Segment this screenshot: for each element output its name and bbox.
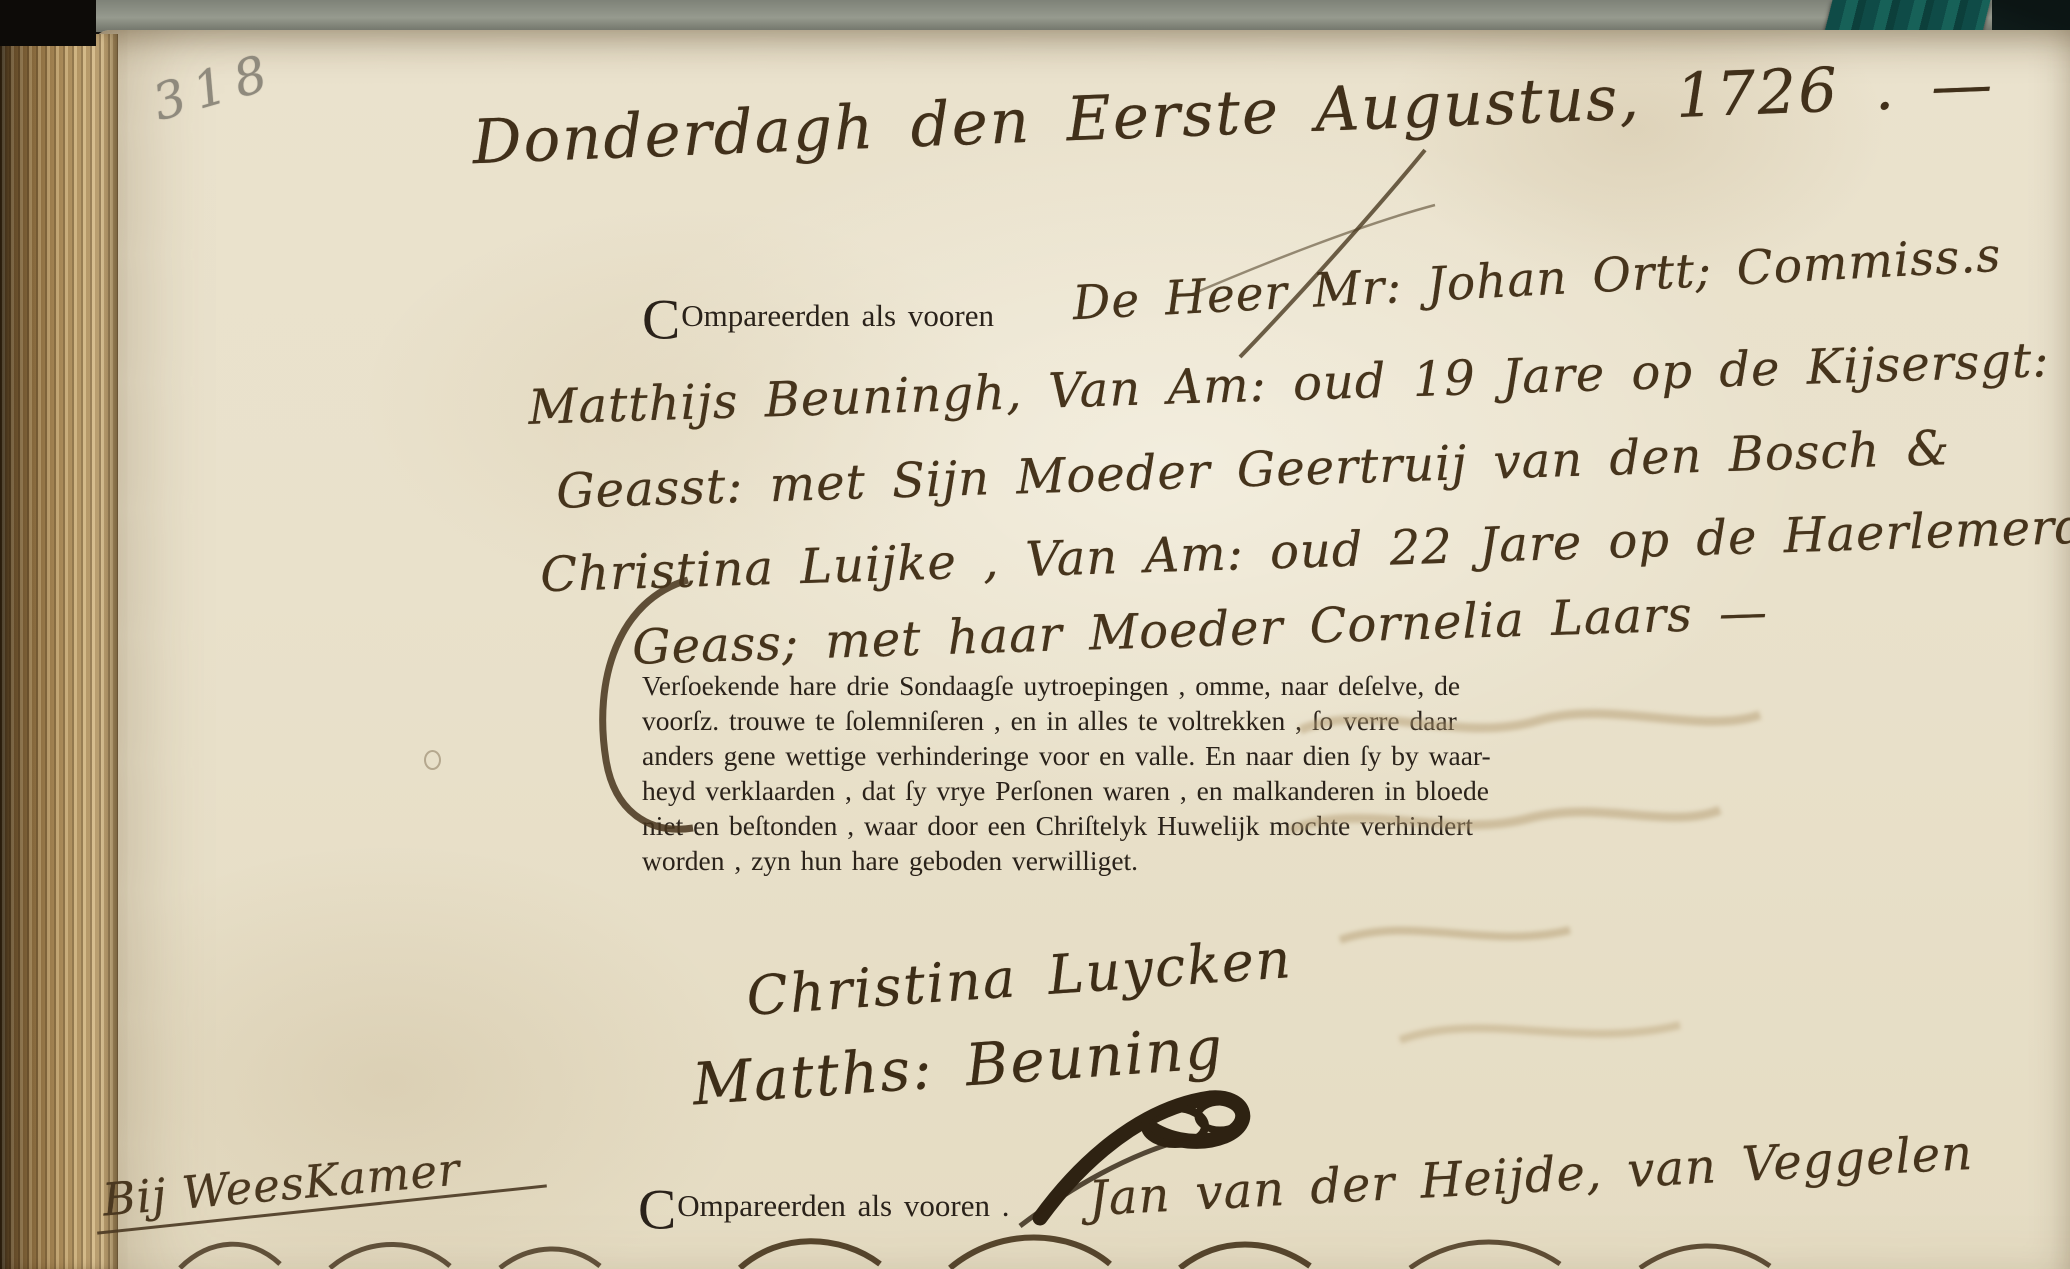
initial-capital: C xyxy=(642,289,681,352)
pen-flourish xyxy=(1180,145,1440,365)
cutoff-handwriting xyxy=(120,1230,2020,1269)
margin-dot xyxy=(424,750,441,770)
compareerden-printed-2: COmpareerden als vooren . xyxy=(638,1188,1009,1224)
manuscript-scan: 318 Donderdagh den Eerste Augustus, 1726… xyxy=(0,0,2070,1269)
book-spine-page-edges xyxy=(0,34,118,1269)
ink-bleedthrough xyxy=(1280,690,1780,1110)
spine-shadow xyxy=(0,0,96,46)
compareerden-printed-1: COmpareerden als vooren xyxy=(642,298,994,334)
swash-capital-stroke xyxy=(588,560,708,850)
background-band xyxy=(90,0,2070,32)
